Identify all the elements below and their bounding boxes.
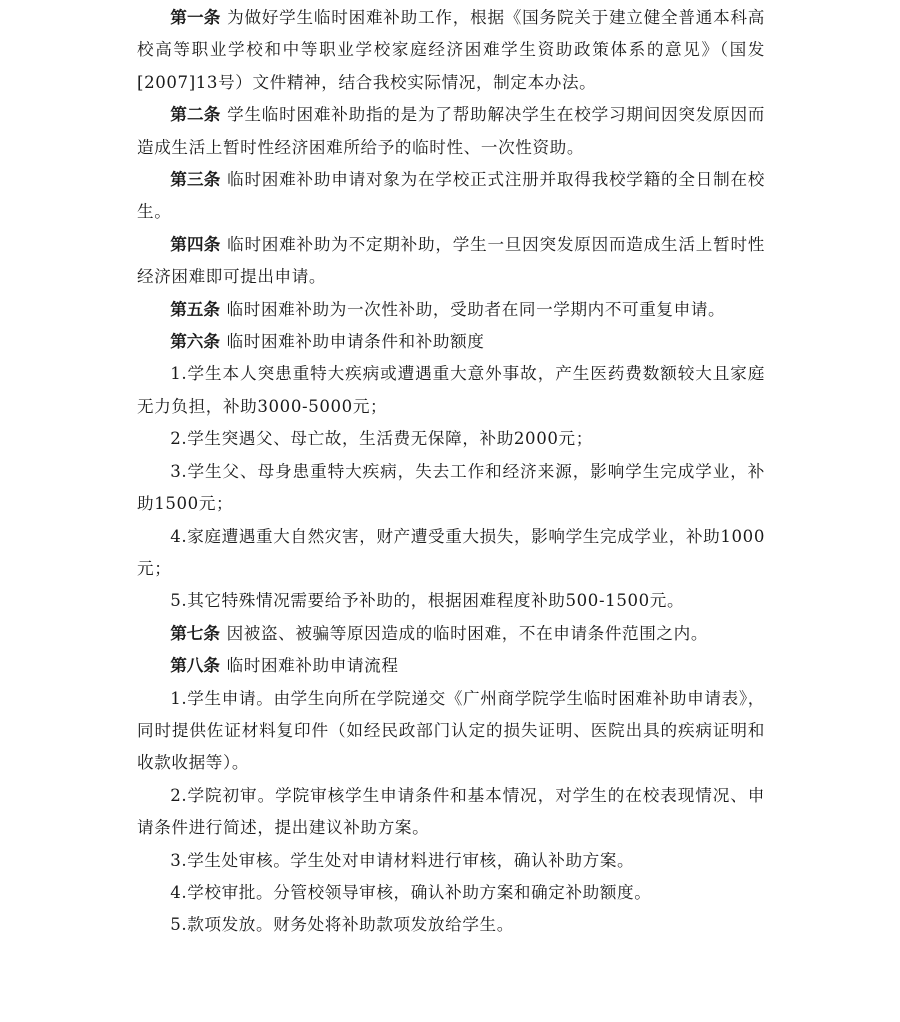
article-text: 因被盗、被骗等原因造成的临时困难，不在申请条件范围之内。 — [227, 624, 708, 643]
process-step-5: 5.款项发放。财务处将补助款项发放给学生。 — [137, 909, 765, 941]
article-heading: 第七条 — [170, 624, 220, 643]
item-text: 3.学生处审核。学生处对申请材料进行审核，确认补助方案。 — [170, 851, 634, 870]
article-text: 临时困难补助申请流程 — [227, 656, 399, 675]
article-text: 为做好学生临时困难补助工作，根据《国务院关于建立健全普通本科高校高等职业学校和中… — [137, 8, 765, 92]
item-text: 4.家庭遭遇重大自然灾害，财产遭受重大损失，影响学生完成学业，补助1000元； — [137, 527, 765, 578]
condition-item-5: 5.其它特殊情况需要给予补助的，根据困难程度补助500-1500元。 — [137, 585, 765, 617]
article-8: 第八条临时困难补助申请流程 — [137, 650, 765, 682]
article-heading: 第六条 — [170, 332, 220, 351]
article-2: 第二条学生临时困难补助指的是为了帮助解决学生在校学习期间因突发原因而造成生活上暂… — [137, 99, 765, 164]
article-3: 第三条临时困难补助申请对象为在学校正式注册并取得我校学籍的全日制在校生。 — [137, 164, 765, 229]
condition-item-3: 3.学生父、母身患重特大疾病，失去工作和经济来源，影响学生完成学业，补助1500… — [137, 456, 765, 521]
item-text: 4.学校审批。分管校领导审核，确认补助方案和确定补助额度。 — [170, 883, 651, 902]
item-text: 5.其它特殊情况需要给予补助的，根据困难程度补助500-1500元。 — [170, 591, 684, 610]
article-heading: 第四条 — [170, 235, 220, 254]
item-text: 3.学生父、母身患重特大疾病，失去工作和经济来源，影响学生完成学业，补助1500… — [137, 462, 765, 513]
article-4: 第四条临时困难补助为不定期补助，学生一旦因突发原因而造成生活上暂时性经济困难即可… — [137, 229, 765, 294]
article-heading: 第二条 — [170, 105, 220, 124]
document-page: 第一条为做好学生临时困难补助工作，根据《国务院关于建立健全普通本科高校高等职业学… — [137, 2, 765, 942]
item-text: 1.学生申请。由学生向所在学院递交《广州商学院学生临时困难补助申请表》，同时提供… — [137, 689, 765, 773]
process-step-4: 4.学校审批。分管校领导审核，确认补助方案和确定补助额度。 — [137, 877, 765, 909]
condition-item-1: 1.学生本人突患重特大疾病或遭遇重大意外事故，产生医药费数额较大且家庭无力负担，… — [137, 358, 765, 423]
process-step-3: 3.学生处审核。学生处对申请材料进行审核，确认补助方案。 — [137, 845, 765, 877]
article-6: 第六条临时困难补助申请条件和补助额度 — [137, 326, 765, 358]
article-1: 第一条为做好学生临时困难补助工作，根据《国务院关于建立健全普通本科高校高等职业学… — [137, 2, 765, 99]
article-heading: 第一条 — [170, 8, 220, 27]
article-7: 第七条因被盗、被骗等原因造成的临时困难，不在申请条件范围之内。 — [137, 618, 765, 650]
item-text: 2.学生突遇父、母亡故，生活费无保障，补助2000元； — [170, 429, 593, 448]
process-step-1: 1.学生申请。由学生向所在学院递交《广州商学院学生临时困难补助申请表》，同时提供… — [137, 683, 765, 780]
article-text: 临时困难补助申请条件和补助额度 — [227, 332, 485, 351]
process-step-2: 2.学院初审。学院审核学生申请条件和基本情况，对学生的在校表现情况、申请条件进行… — [137, 780, 765, 845]
article-text: 临时困难补助申请对象为在学校正式注册并取得我校学籍的全日制在校生。 — [137, 170, 765, 221]
article-text: 临时困难补助为一次性补助，受助者在同一学期内不可重复申请。 — [227, 300, 726, 319]
article-heading: 第八条 — [170, 656, 220, 675]
article-heading: 第三条 — [170, 170, 220, 189]
article-5: 第五条临时困难补助为一次性补助，受助者在同一学期内不可重复申请。 — [137, 294, 765, 326]
condition-item-4: 4.家庭遭遇重大自然灾害，财产遭受重大损失，影响学生完成学业，补助1000元； — [137, 521, 765, 586]
condition-item-2: 2.学生突遇父、母亡故，生活费无保障，补助2000元； — [137, 423, 765, 455]
item-text: 5.款项发放。财务处将补助款项发放给学生。 — [170, 915, 514, 934]
item-text: 1.学生本人突患重特大疾病或遭遇重大意外事故，产生医药费数额较大且家庭无力负担，… — [137, 364, 765, 415]
article-text: 临时困难补助为不定期补助，学生一旦因突发原因而造成生活上暂时性经济困难即可提出申… — [137, 235, 765, 286]
article-text: 学生临时困难补助指的是为了帮助解决学生在校学习期间因突发原因而造成生活上暂时性经… — [137, 105, 765, 156]
article-heading: 第五条 — [170, 300, 220, 319]
item-text: 2.学院初审。学院审核学生申请条件和基本情况，对学生的在校表现情况、申请条件进行… — [137, 786, 765, 837]
